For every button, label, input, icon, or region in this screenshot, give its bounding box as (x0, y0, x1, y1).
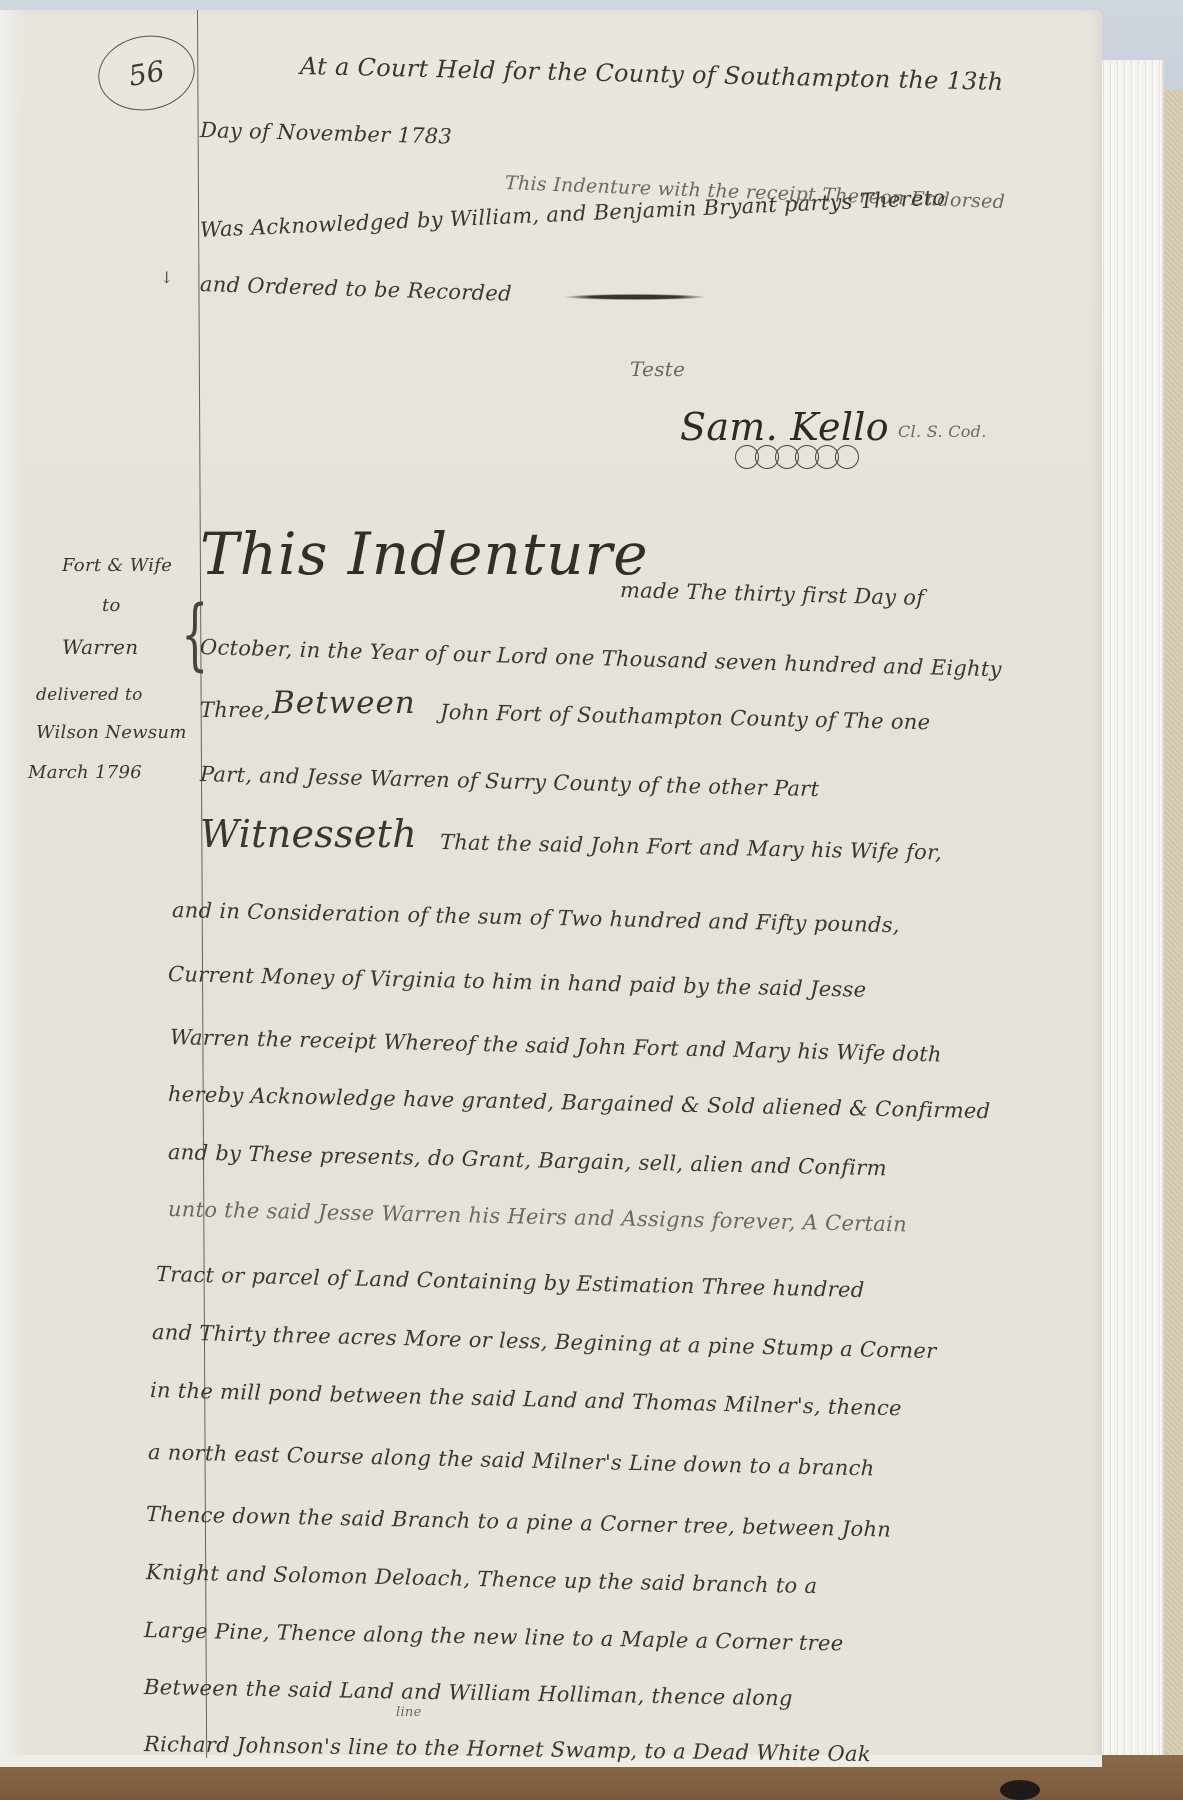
margin-delivery-3: March 1796 (28, 762, 142, 783)
margin-parties-3: Warren (62, 635, 138, 659)
teste-label: Teste (630, 357, 685, 381)
interlined-word: line (396, 1705, 422, 1720)
ink-flourish (565, 294, 705, 300)
margin-tick-mark: ↓ (160, 268, 173, 287)
signature-flourish (735, 445, 855, 471)
margin-delivery-1: delivered to (36, 685, 143, 705)
page-gutter (0, 10, 22, 1765)
clerk-signature: Sam. Kello (680, 405, 889, 449)
margin-delivery-2: Wilson Newsum (36, 722, 187, 743)
margin-parties-1: Fort & Wife (62, 555, 172, 576)
indenture-heading: This Indenture (200, 520, 649, 588)
book-page-edges (1100, 60, 1164, 1790)
margin-parties-2: to (102, 595, 121, 616)
between-label: Between (272, 685, 416, 721)
table-object (1000, 1780, 1040, 1800)
clerk-title: Cl. S. Cod. (898, 422, 987, 441)
witnesseth-label: Witnesseth (200, 812, 417, 856)
indenture-line-2: Three, (200, 698, 271, 722)
